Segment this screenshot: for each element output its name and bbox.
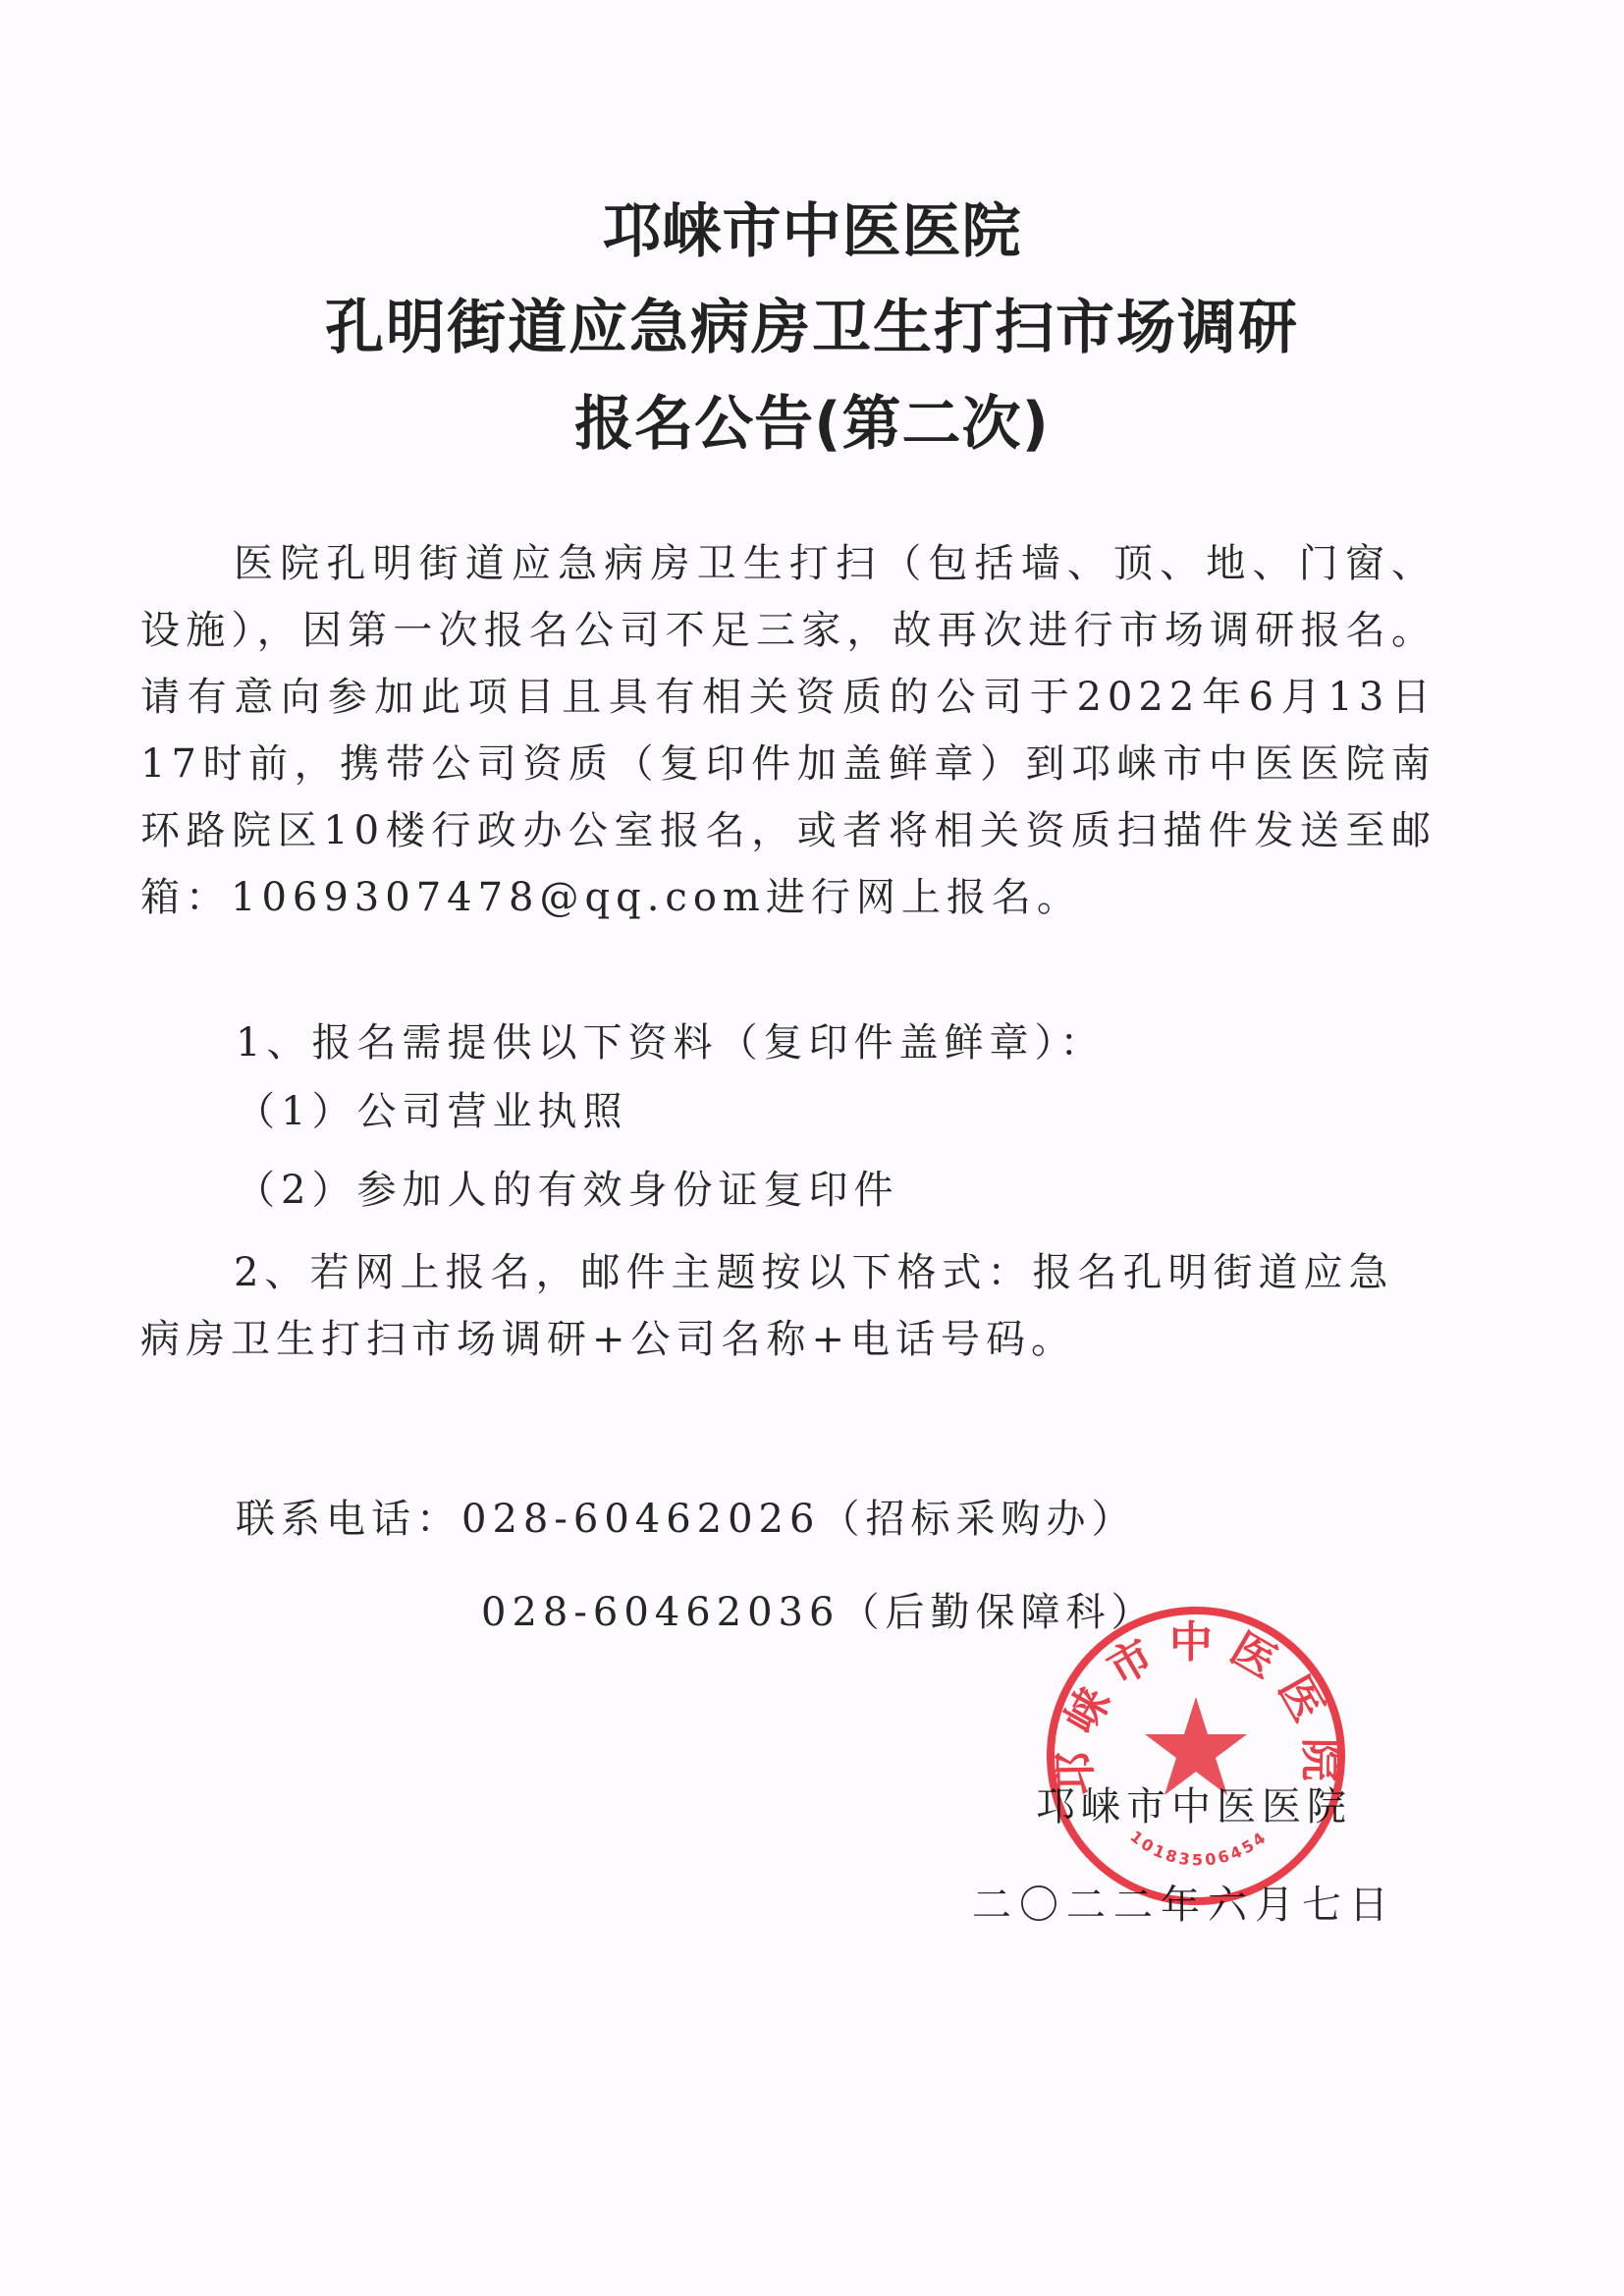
requirement-sub-item-2: （2）参加人的有效身份证复印件	[236, 1159, 898, 1215]
title-hospital: 邛崃市中医医院	[0, 185, 1624, 269]
requirement-item-2: 2、若网上报名，邮件主题按以下格式：报名孔明街道应急病房卫生打扫市场调研+公司名…	[140, 1239, 1436, 1373]
requirement-item-1: 1、报名需提供以下资料（复印件盖鲜章）：	[236, 1011, 1105, 1067]
contact-line-1: 联系电话：028-60462026（招标采购办）	[236, 1488, 1136, 1544]
contact-label: 联系电话：	[236, 1497, 461, 1542]
requirement-sub-item-1: （1）公司营业执照	[236, 1080, 627, 1136]
title-project: 孔明街道应急病房卫生打扫市场调研	[0, 281, 1624, 365]
body-paragraph: 医院孔明街道应急病房卫生打扫（包括墙、顶、地、门窗、设施），因第一次报名公司不足…	[140, 530, 1436, 931]
official-stamp: 邛崃市中医医院 5101835064545	[1039, 1599, 1353, 1913]
title-announcement: 报名公告(第二次)	[0, 377, 1624, 462]
document-page: 邛崃市中医医院 孔明街道应急病房卫生打扫市场调研 报名公告(第二次) 医院孔明街…	[0, 0, 1624, 2296]
star-icon	[1145, 1697, 1247, 1795]
contact-phone-1: 028-60462026（招标采购办）	[461, 1497, 1136, 1542]
